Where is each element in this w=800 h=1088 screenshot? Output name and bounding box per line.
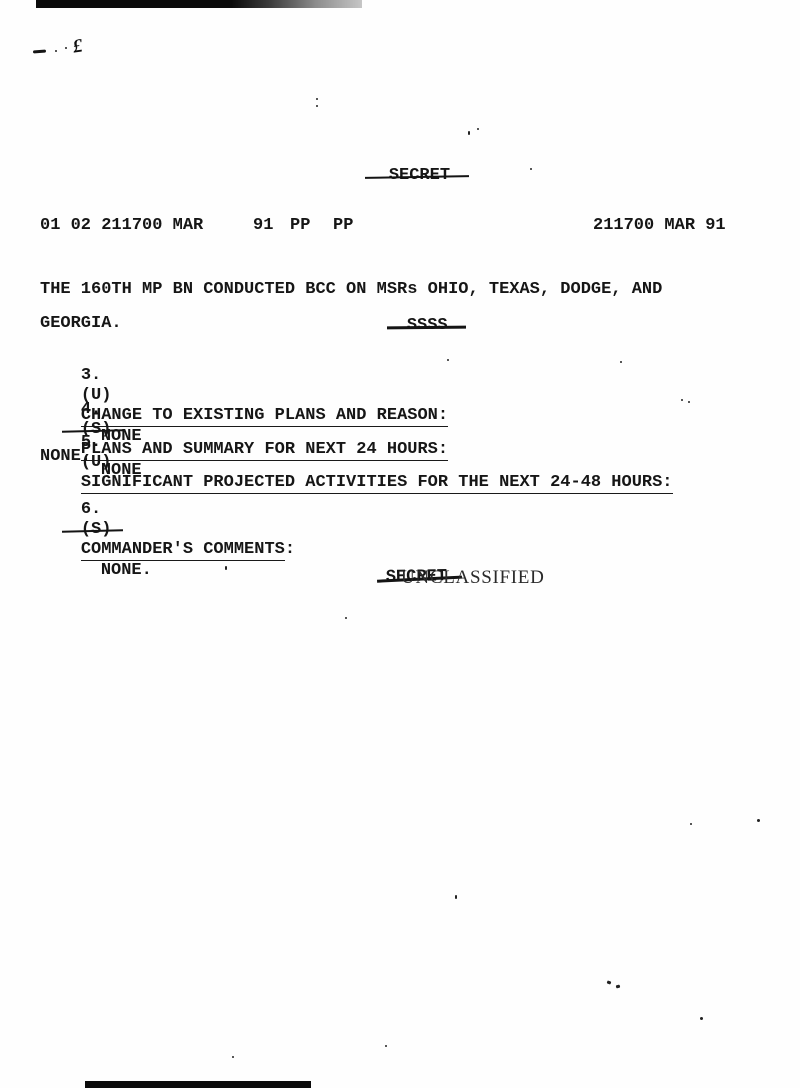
scan-speck [607,980,612,984]
scan-speck [468,131,470,135]
scan-speck [688,401,690,403]
scan-speck [447,359,449,361]
item-number: 6. [81,500,119,520]
scan-speck [690,823,692,825]
handwritten-dash [33,50,46,54]
handwritten-dot [55,50,57,52]
scan-speck [385,1045,387,1047]
header-dtg-right: 211700 MAR 91 [593,216,726,236]
scan-speck [681,399,683,401]
handwritten-pound-glyph: £ [72,35,84,58]
item-6: 6. (S) COMMANDER'S COMMENTS: NONE. [40,480,295,601]
scan-speck [530,168,532,170]
unclassified-stamp: UNCLASSIFIED [401,567,545,589]
secret-label-struck: SECRET [389,166,450,186]
item-heading: COMMANDER'S COMMENTS [81,540,285,561]
scan-artifact-bottom-bar [85,1081,311,1088]
item-classification-struck: (S) [81,520,112,540]
item-heading-colon: : [285,540,295,559]
item-value: NONE. [101,561,152,580]
scan-speck [477,128,479,130]
scan-speck [616,985,621,989]
body-paragraph-line-1: THE 160TH MP BN CONDUCTED BCC ON MSRs OH… [40,280,662,300]
classification-marking-top: SECRET [348,146,450,206]
header-code-struck: SSSS [407,316,448,336]
header-serial: 91 [253,216,273,236]
scan-speck [757,819,760,822]
scan-speck [620,361,622,363]
scan-speck [700,1017,703,1020]
header-precedence-1: PP [290,216,310,236]
message-header-line: 01 02 211700 MAR 91 PP PP SSSS 211700 MA… [0,216,800,236]
scan-speck [316,105,318,107]
scan-artifact-top-bar [36,0,362,8]
scan-speck [345,617,347,619]
scan-speck [232,1056,234,1058]
scan-speck [225,566,227,570]
handwritten-mark: £ [30,38,100,62]
header-dtg-left: 01 02 211700 MAR [40,216,203,236]
item-5-value-line: NONE. [40,447,91,467]
scanned-document-page: £ SECRET 01 02 211700 MAR 91 PP PP SSSS … [0,0,800,1088]
scan-speck [316,98,318,100]
body-paragraph-line-2: GEORGIA. [40,314,122,334]
handwritten-dot [65,47,67,49]
scan-speck [455,895,457,899]
header-precedence-2: PP [333,216,353,236]
